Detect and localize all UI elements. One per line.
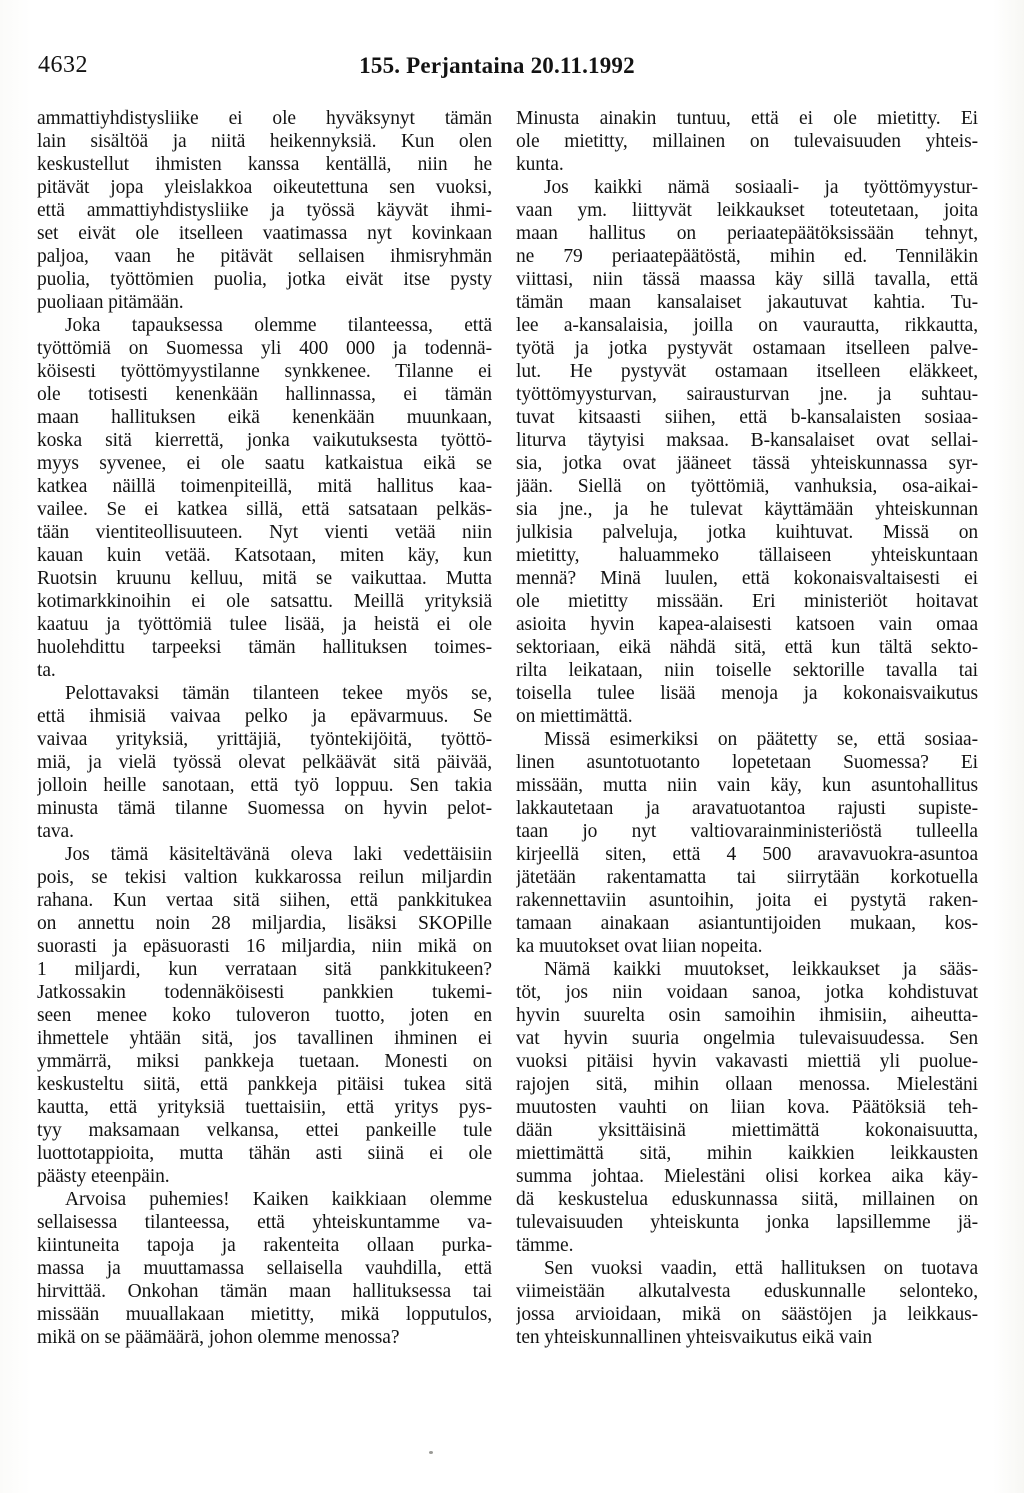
text-line: kirjeellä siten, että 4 500 aravavuokra-… <box>516 843 978 866</box>
text-line: ammattiyhdistysliike ei ole hyväksynyt t… <box>37 107 492 130</box>
text-line: tämme. <box>516 1234 978 1257</box>
text-line: vaan ym. liittyvät leikkaukset toteuteta… <box>516 199 978 222</box>
text-line: sia jne., ja he tulevat käyttämään yhtei… <box>516 498 978 521</box>
text-line: myys syvenee, ei ole saatu katkaistua ei… <box>37 452 492 475</box>
text-line: jään. Siellä on työttömiä, vanhuksia, os… <box>516 475 978 498</box>
text-line: on annettu noin 28 miljardia, lisäksi SK… <box>37 912 492 935</box>
text-line: rajojen sitä, mihin ollaan menossa. Miel… <box>516 1073 978 1096</box>
text-line: hirvittää. Onkohan tämän maan hallitukse… <box>37 1280 492 1303</box>
text-line: jossa arvioidaan, mikä on säästöjen ja l… <box>516 1303 978 1326</box>
text-line: ne 79 periaatepäätöstä, mihin ed. Tennil… <box>516 245 978 268</box>
session-title: 155. Perjantaina 20.11.1992 <box>359 53 635 79</box>
text-line: mietitty, haluammeko tällaiseen yhteisku… <box>516 544 978 567</box>
text-line: dään yksittäisinä miettimättä kokonaisuu… <box>516 1119 978 1142</box>
text-line: kauan kuin vetää. Katsotaan, miten käy, … <box>37 544 492 567</box>
paragraph: Joka tapauksessa olemme tilanteessa, ett… <box>37 314 492 682</box>
text-line: asioita hyvin kapea-alaisesti katsoen va… <box>516 613 978 636</box>
paragraph: Jos kaikki nämä sosiaali- ja työttömyyst… <box>516 176 978 728</box>
text-line: rilta leikataan, niin toiselle sektorill… <box>516 659 978 682</box>
text-line: mennä? Minä luulen, että kokonaisvaltais… <box>516 567 978 590</box>
text-line: Minusta ainakin tuntuu, että ei ole miet… <box>516 107 978 130</box>
text-line: lakkautetaan ja aravatuotantoa rajusti s… <box>516 797 978 820</box>
text-line: ta. <box>37 659 492 682</box>
text-line: jätetään rakentamatta tai siirrytään kor… <box>516 866 978 889</box>
text-line: lain sisältöä ja niitä heikennyksiä. Kun… <box>37 130 492 153</box>
text-line: miettimättä sitä, mihin kaikkien leikkau… <box>516 1142 978 1165</box>
text-line: tamaan ainakaan asiantuntijoiden mukaan,… <box>516 912 978 935</box>
text-line: set eivät ole itselleen vaatimassa nyt k… <box>37 222 492 245</box>
page-number: 4632 <box>38 52 88 79</box>
text-line: julkisia palveluja, jotka kuihtuvat. Mis… <box>516 521 978 544</box>
text-line: miä, ja vielä työssä olevat pelkäävät si… <box>37 751 492 774</box>
text-line: suorasti ja epäsuorasti 16 miljardia, ni… <box>37 935 492 958</box>
text-line: on miettimättä. <box>516 705 978 728</box>
text-line: kautta, että yrityksiä tuettaisiin, että… <box>37 1096 492 1119</box>
text-line: viittasi, niin tässä maassa käy sillä ta… <box>516 268 978 291</box>
text-line: että ammattiyhdistysliike ja työssä käyv… <box>37 199 492 222</box>
text-line: tuvat kitsaasti siihen, että b-kansalais… <box>516 406 978 429</box>
text-line: tään vientiteollisuuteen. Nyt vienti vet… <box>37 521 492 544</box>
text-line: rakennettaviin asuntoihin, joita ei pyst… <box>516 889 978 912</box>
text-line: vailee. Se ei katkea sillä, että satsata… <box>37 498 492 521</box>
text-line: koska sitä kierrettä, jonka vaikutuksest… <box>37 429 492 452</box>
document-page: 4632 155. Perjantaina 20.11.1992 ammatti… <box>0 0 1024 1493</box>
text-line: töt, jos niin voidaan sanoa, jotka kohdi… <box>516 981 978 1004</box>
text-line: työttömyysturvan, sairausturvan jne. ja … <box>516 383 978 406</box>
text-line: huolehdittu tarpeeksi tämän hallituksen … <box>37 636 492 659</box>
text-line: tämän maan kansalaiset jakautuvat kahtia… <box>516 291 978 314</box>
text-line: tava. <box>37 820 492 843</box>
text-line: vat hyvin suuria ongelmia tulevaisuudess… <box>516 1027 978 1050</box>
text-line: jolloin heille sanotaan, että työ loppuu… <box>37 774 492 797</box>
text-line: seen menee koko tuloveron tuotto, joten … <box>37 1004 492 1027</box>
text-line: paljoa, vaan he pitävät sellaisen ihmisr… <box>37 245 492 268</box>
text-line: Joka tapauksessa olemme tilanteessa, ett… <box>37 314 492 337</box>
text-line: kotimarkkinoihin ei ole satsattu. Meillä… <box>37 590 492 613</box>
paragraph: Jos tämä käsiteltävänä oleva laki vedett… <box>37 843 492 1188</box>
scan-artifact <box>429 1451 433 1454</box>
paragraph: Pelottavaksi tämän tilanteen tekee myös … <box>37 682 492 843</box>
text-line: 1 miljardi, kun verrataan sitä pankkituk… <box>37 958 492 981</box>
text-line: muutosten vauhti on liian kova. Päätöksi… <box>516 1096 978 1119</box>
text-line: lee a-kansalaisia, joilla on vaurautta, … <box>516 314 978 337</box>
text-line: toisella tulee lisää menoja ja kokonaisv… <box>516 682 978 705</box>
text-line: missään, mutta niin vain käy, kun asunto… <box>516 774 978 797</box>
text-line: mikä on se päämäärä, johon olemme menoss… <box>37 1326 492 1349</box>
text-line: lut. He pystyvät ostamaan itselleen eläk… <box>516 360 978 383</box>
text-line: ka muutokset ovat liian nopeita. <box>516 935 978 958</box>
text-line: ole totisesti kenenkään hallinnassa, ei … <box>37 383 492 406</box>
text-line: hyvin suurelta osin samoihin ihmisiin, a… <box>516 1004 978 1027</box>
text-line: massa ja muuttamassa sellaisella vauhdil… <box>37 1257 492 1280</box>
text-line: tyy maksamaan velkansa, ettei pankeille … <box>37 1119 492 1142</box>
text-line: taan jo nyt valtiovarainministeriöstä tu… <box>516 820 978 843</box>
text-line: keskustellut ihmisten kanssa kentällä, n… <box>37 153 492 176</box>
text-line: ole mietitty missään. Eri ministeriöt ho… <box>516 590 978 613</box>
text-line: Jos tämä käsiteltävänä oleva laki vedett… <box>37 843 492 866</box>
text-line: Missä esimerkiksi on päätetty se, että s… <box>516 728 978 751</box>
text-line: tulevaisuuden yhteiskunta jonka lapsille… <box>516 1211 978 1234</box>
text-line: linen asuntotuotanto lopetetaan Suomessa… <box>516 751 978 774</box>
text-line: työttömiä on Suomessa yli 400 000 ja tod… <box>37 337 492 360</box>
text-line: Jos kaikki nämä sosiaali- ja työttömyyst… <box>516 176 978 199</box>
paragraph: ammattiyhdistysliike ei ole hyväksynyt t… <box>37 107 492 314</box>
text-line: Pelottavaksi tämän tilanteen tekee myös … <box>37 682 492 705</box>
text-line: ihmettele yhtään sitä, jos tavallinen ih… <box>37 1027 492 1050</box>
text-line: vuoksi pitäisi hyvin vakavasti miettiä y… <box>516 1050 978 1073</box>
text-line: Nämä kaikki muutokset, leikkaukset ja sä… <box>516 958 978 981</box>
text-line: keskusteltu siitä, että pankkeja pitäisi… <box>37 1073 492 1096</box>
paragraph: Sen vuoksi vaadin, että hallituksen on t… <box>516 1257 978 1349</box>
text-line: dä keskustelua eduskunnassa siitä, milla… <box>516 1188 978 1211</box>
text-line: Arvoisa puhemies! Kaiken kaikkiaan olemm… <box>37 1188 492 1211</box>
text-line: sektoriaan, eikä nähdä sitä, että kun tä… <box>516 636 978 659</box>
text-line: kiintuneita tapoja ja rakenteita ollaan … <box>37 1234 492 1257</box>
paragraph: Missä esimerkiksi on päätetty se, että s… <box>516 728 978 958</box>
text-line: luottotappioita, mutta tähän asti siinä … <box>37 1142 492 1165</box>
paragraph: Minusta ainakin tuntuu, että ei ole miet… <box>516 107 978 176</box>
paragraph: Arvoisa puhemies! Kaiken kaikkiaan olemm… <box>37 1188 492 1349</box>
right-text-column: Minusta ainakin tuntuu, että ei ole miet… <box>516 107 978 1349</box>
text-line: rahana. Kun vertaa sitä siihen, että pan… <box>37 889 492 912</box>
text-line: liturva täytyisi maksaa. B-kansalaiset o… <box>516 429 978 452</box>
text-line: sia, jotka ovat jääneet tässä yhteiskunn… <box>516 452 978 475</box>
text-line: köisesti työttömyystilanne synkkenee. Ti… <box>37 360 492 383</box>
text-line: minusta tämä tilanne Suomessa on hyvin p… <box>37 797 492 820</box>
text-columns: ammattiyhdistysliike ei ole hyväksynyt t… <box>37 107 978 1349</box>
paragraph: Nämä kaikki muutokset, leikkaukset ja sä… <box>516 958 978 1257</box>
left-text-column: ammattiyhdistysliike ei ole hyväksynyt t… <box>37 107 492 1349</box>
text-line: puolia, työttömien puolia, jotka eivät i… <box>37 268 492 291</box>
text-line: ole mietitty, millainen on tulevaisuuden… <box>516 130 978 153</box>
text-line: Sen vuoksi vaadin, että hallituksen on t… <box>516 1257 978 1280</box>
text-line: viimeistään alkutalvesta eduskunnalle se… <box>516 1280 978 1303</box>
text-line: vaivaa yrityksiä, yrittäjiä, työntekijöi… <box>37 728 492 751</box>
text-line: katkea näillä toimenpiteillä, mitä halli… <box>37 475 492 498</box>
text-line: missään muuallakaan mietitty, mikä loppu… <box>37 1303 492 1326</box>
text-line: maan hallituksen eikä kenenkään muunkaan… <box>37 406 492 429</box>
text-line: ymmärrä, miksi pankkeja tuetaan. Monesti… <box>37 1050 492 1073</box>
text-line: kaatuu ja työttömiä tulee lisää, ja heis… <box>37 613 492 636</box>
text-line: päästy eteenpäin. <box>37 1165 492 1188</box>
text-line: pitävät jopa yleislakkoa oikeutettuna se… <box>37 176 492 199</box>
text-line: työtä ja jotka pystyvät ostamaan itselle… <box>516 337 978 360</box>
text-line: maan hallitus on periaatepäätöksissään t… <box>516 222 978 245</box>
text-line: että ihmisiä vaivaa pelko ja epävarmuus.… <box>37 705 492 728</box>
text-line: Ruotsin kruunu kelluu, mitä se vaikuttaa… <box>37 567 492 590</box>
text-line: ten yhteiskunnallinen yhteisvaikutus eik… <box>516 1326 978 1349</box>
text-line: puoliaan pitämään. <box>37 291 492 314</box>
text-line: summa johtaa. Mielestäni olisi korkea ai… <box>516 1165 978 1188</box>
text-line: pois, se tekisi valtion kukkarossa reilu… <box>37 866 492 889</box>
text-line: sellaisessa tilanteessa, että yhteiskunt… <box>37 1211 492 1234</box>
text-line: kunta. <box>516 153 978 176</box>
text-line: Jatkossakin todennäköisesti pankkien tuk… <box>37 981 492 1004</box>
